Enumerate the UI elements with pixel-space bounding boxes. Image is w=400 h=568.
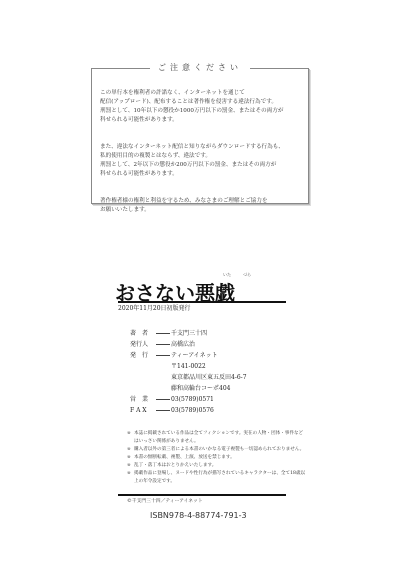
address: 〒141-0022 東京都品川区東五反田4-6-7 藤和高輪台コーポ404 [130, 361, 247, 394]
bottom-rule [118, 494, 286, 496]
note-text: 本誌に掲載されている作品は全てフィクションです。実在の人物・団体・事件などはいっ… [134, 430, 307, 446]
dash [156, 394, 170, 400]
contact-label: F A X [130, 405, 156, 416]
note-item: ※掲載作品に登場し、ヌードや性行為が描写されているキャラクターは、全て18歳以上… [127, 470, 307, 486]
postal-code: 〒141-0022 [171, 361, 247, 372]
credit-publisher-person: 発行人 高橋広治 [130, 339, 247, 350]
notice-paragraph-3: 著作権者様の権利と利益を守るため、みなさまのご理解とご協力を お願いいたします。 [100, 197, 305, 215]
note-text: 本書の無断転載、複製、上演、放送を禁じます。 [134, 454, 235, 462]
notice-title: ご注意ください [150, 62, 250, 73]
note-text: 購入者以外の第三者による本書のいかなる電子複製も一切認められておりません。 [134, 446, 304, 454]
credit-value: ティーアイネット [171, 350, 218, 361]
credit-publisher: 発 行 ティーアイネット [130, 350, 247, 361]
address-line-1: 東京都品川区東五反田4-6-7 [171, 372, 247, 383]
credits: 著 者 千支門三十四 発行人 高橋広治 発 行 ティーアイネット 〒141-00… [130, 328, 247, 416]
dash [156, 339, 170, 345]
contact-fax: F A X 03(5789)0576 [130, 405, 247, 416]
note-mark-icon: ※ [127, 470, 134, 486]
contact-label: 営 業 [130, 394, 156, 405]
credit-label: 著 者 [130, 328, 156, 339]
credit-label: 発 行 [130, 350, 156, 361]
dash [156, 350, 170, 356]
note-text: 乱丁・落丁本はおとりかえいたします。 [134, 462, 216, 470]
notice-text: この単行本を権利者の許諾なく、インターネットを通じて 配信(アップロード)、配布… [100, 80, 305, 233]
dash [156, 405, 170, 411]
contact-value: 03(5789)0576 [171, 405, 214, 416]
note-item: ※本誌に掲載されている作品は全てフィクションです。実在の人物・団体・事件などはい… [127, 430, 307, 446]
note-item: ※本書の無断転載、複製、上演、放送を禁じます。 [127, 454, 307, 462]
note-text: 掲載作品に登場し、ヌードや性行為が描写されているキャラクターは、全て18歳以上の… [134, 470, 307, 486]
credit-author: 著 者 千支門三十四 [130, 328, 247, 339]
notes: ※本誌に掲載されている作品は全てフィクションです。実在の人物・団体・事件などはい… [127, 430, 307, 486]
note-mark-icon: ※ [127, 462, 134, 470]
dash [156, 328, 170, 334]
contact-value: 03(5789)0571 [171, 394, 214, 405]
credit-label: 発行人 [130, 339, 156, 350]
note-mark-icon: ※ [127, 430, 134, 446]
isbn: ISBN978-4-88774-791-3 [150, 511, 247, 520]
note-mark-icon: ※ [127, 446, 134, 454]
credit-value: 千支門三十四 [171, 328, 207, 339]
ruby-zura: づら [243, 272, 251, 278]
contact-sales: 営 業 03(5789)0571 [130, 394, 247, 405]
credit-value: 高橋広治 [171, 339, 195, 350]
note-mark-icon: ※ [127, 454, 134, 462]
edition-date: 2020年11月20日初版発行 [118, 303, 191, 312]
notice-paragraph-1: この単行本を権利者の許諾なく、インターネットを通じて 配信(アップロード)、配布… [100, 89, 305, 125]
copyright: ©千支門三十四／ティーアイネット [127, 497, 203, 504]
note-item: ※購入者以外の第三者による本書のいかなる電子複製も一切認められておりません。 [127, 446, 307, 454]
address-line-2: 藤和高輪台コーポ404 [171, 383, 247, 394]
notice-paragraph-2: また、違法なインターネット配信と知りながらダウンロードする行為も、 私的使用目的… [100, 143, 305, 179]
note-item: ※乱丁・落丁本はおとりかえいたします。 [127, 462, 307, 470]
